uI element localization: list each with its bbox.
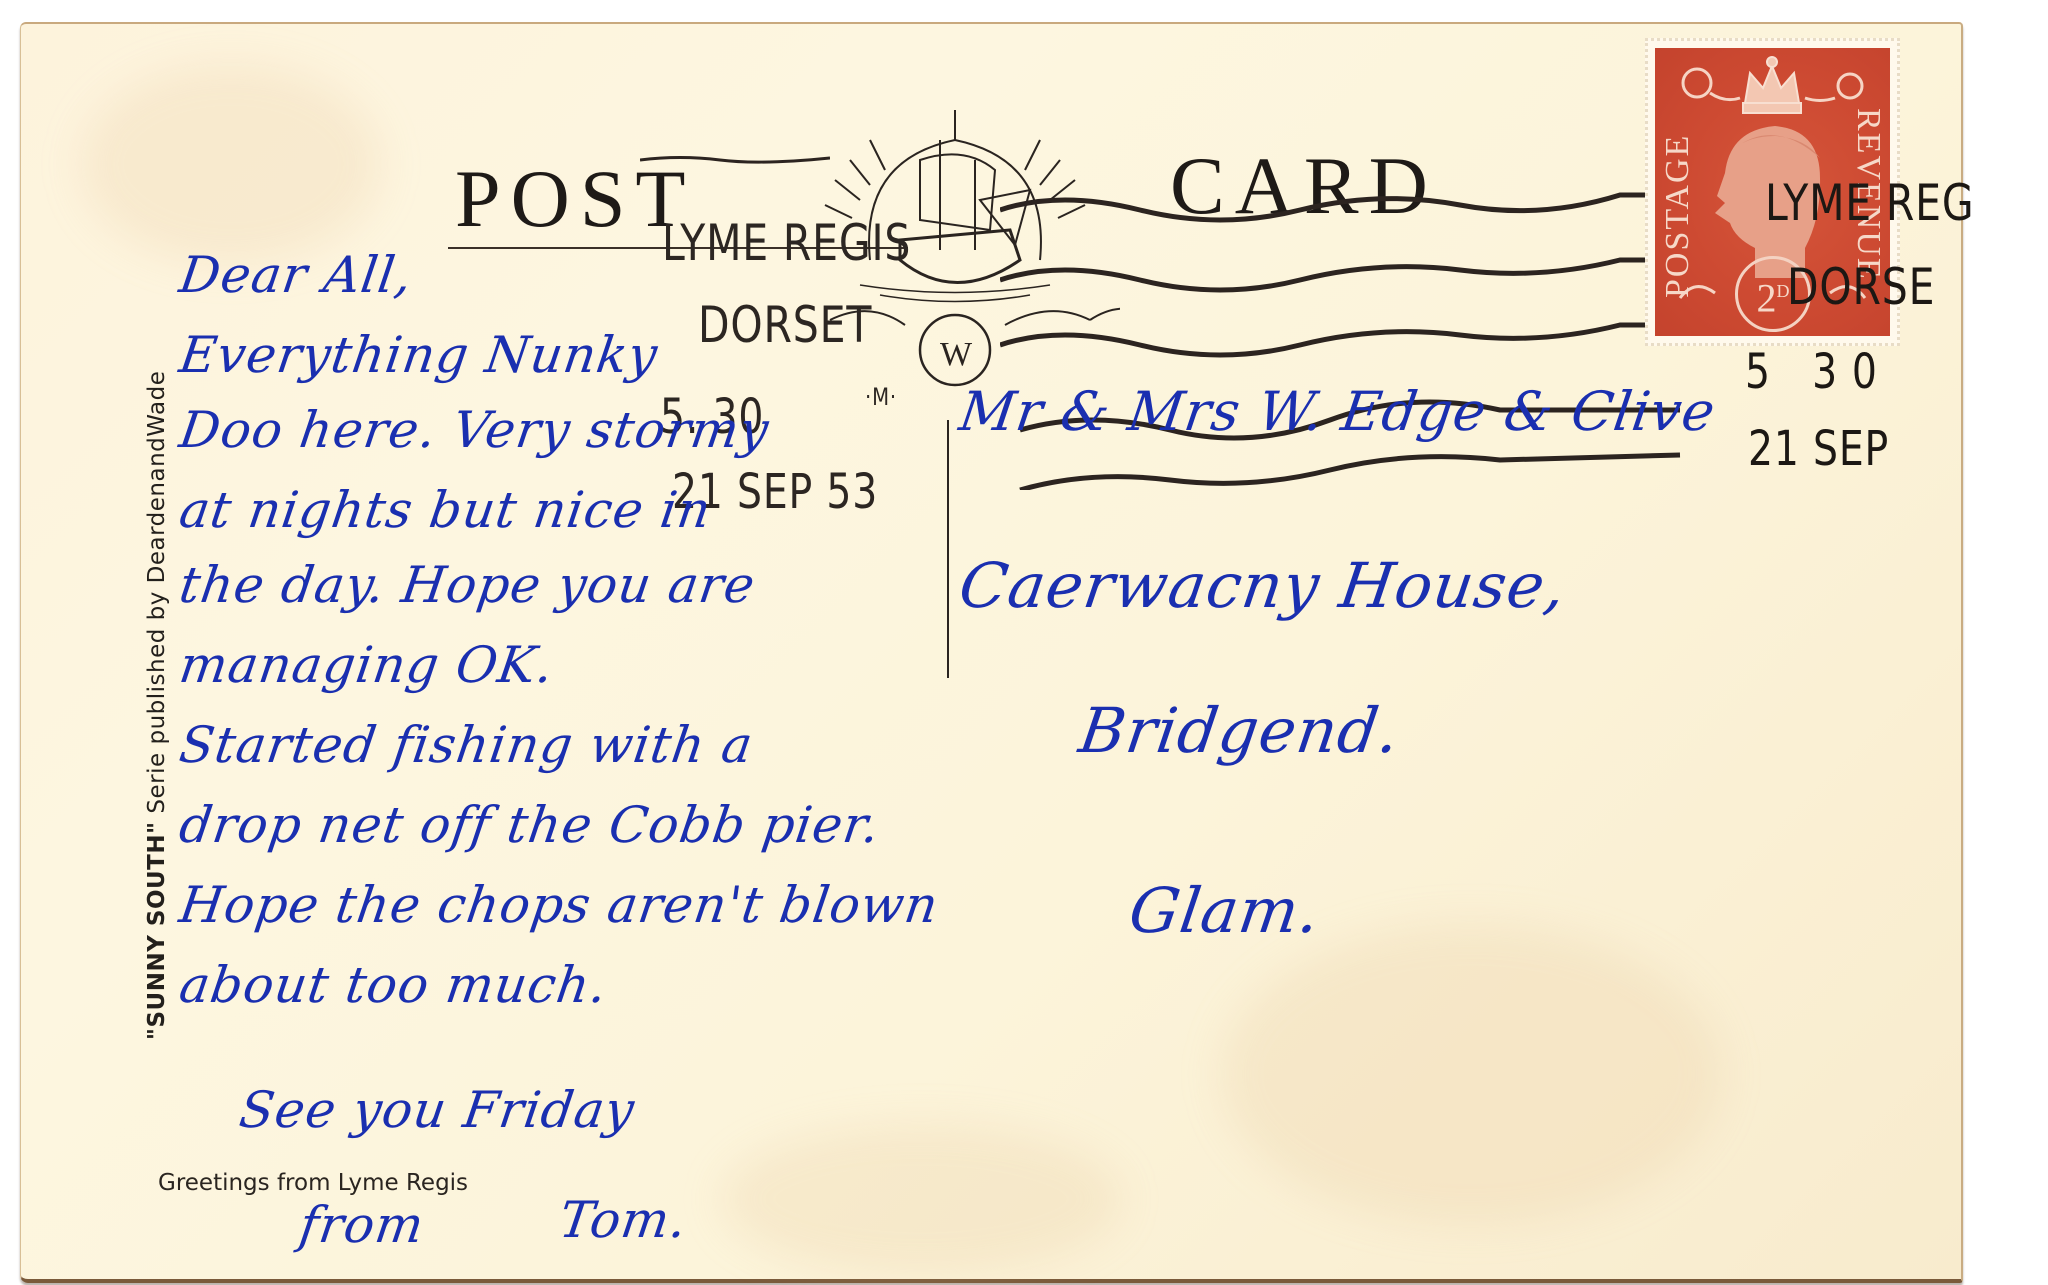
postmark-right-date: 21 SEP — [1748, 425, 1889, 473]
message-line: Hope the chops aren't blown — [176, 880, 941, 930]
postmark-right-county: DORSE — [1787, 262, 1935, 312]
svg-text:W: W — [940, 336, 973, 373]
message-line: managing OK. — [176, 640, 557, 690]
postmark-right-town: LYME REG — [1765, 178, 1974, 228]
message-line: about too much. — [176, 960, 610, 1010]
stamp-postage-label: POSTAGE — [1659, 134, 1697, 298]
heading-post: POST — [455, 158, 696, 240]
paper-stain — [1221, 924, 1721, 1224]
message-signoff: from — [296, 1200, 427, 1250]
address-line-recipient: Mr & Mrs W. Edge & Clive — [956, 385, 1719, 439]
message-line: Doo here. Very stormy — [176, 405, 772, 455]
message-line: at nights but nice in — [176, 485, 714, 535]
publisher-text: Serie published by DeardenandWade — [144, 371, 170, 822]
address-divider-line — [947, 420, 949, 678]
greetings-caption: Greetings from Lyme Regis — [158, 1170, 468, 1196]
address-line-county: Glam. — [1126, 880, 1325, 942]
message-line: Dear All, — [176, 250, 415, 300]
message-line: drop net off the Cobb pier. — [176, 800, 883, 850]
address-line-town: Bridgend. — [1076, 700, 1404, 762]
postmark-left-time-suffix: ·M· — [865, 385, 897, 409]
paper-stain — [721, 1124, 1121, 1274]
message-line: the day. Hope you are — [176, 560, 758, 610]
stamp-value-number: 2 — [1757, 275, 1777, 320]
postmark-left-town: LYME REGIS — [662, 218, 911, 268]
postmark-right-time: 5 30 — [1745, 348, 1892, 396]
postmark-left-county: DORSET — [698, 300, 872, 350]
postmark-line-icon — [640, 150, 830, 170]
publisher-imprint: "SUNNY SOUTH" Serie published by Dearden… — [144, 371, 170, 1040]
paper-stain — [81, 64, 381, 264]
series-name: "SUNNY SOUTH" — [144, 821, 170, 1040]
address-line-house: Caerwacny House, — [956, 555, 1570, 617]
message-signature: Tom. — [556, 1195, 690, 1245]
message-line: See you Friday — [236, 1085, 637, 1135]
message-line: Everything Nunky — [176, 330, 661, 380]
message-line: Started fishing with a — [176, 720, 756, 770]
